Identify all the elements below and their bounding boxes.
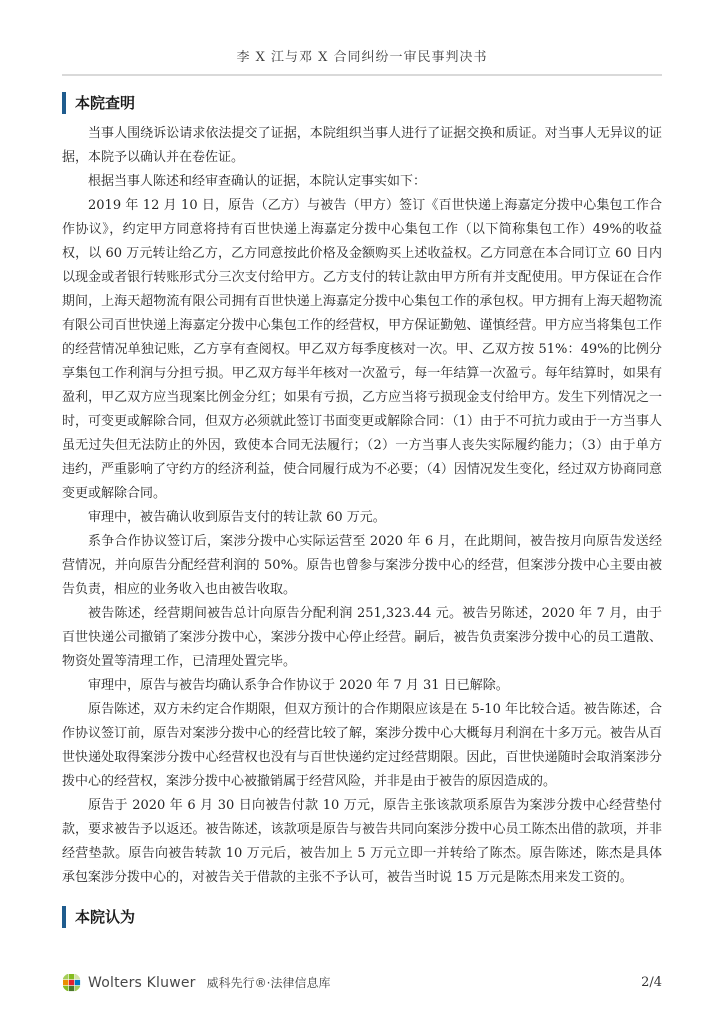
wolters-kluwer-logo-icon [62,973,81,992]
brand: Wolters Kluwer 威科先行®·法律信息库 [62,973,330,992]
paragraph: 2019 年 12 月 10 日，原告（乙方）与被告（甲方）签订《百世快递上海嘉… [62,194,662,506]
document-footer: Wolters Kluwer 威科先行®·法律信息库 2/4 [62,973,662,992]
paragraph: 审理中，原告与被告均确认系争合作协议于 2020 年 7 月 31 日已解除。 [62,674,662,698]
page-number: 2/4 [641,975,662,990]
paragraph: 原告陈述，双方未约定合作期限，但双方预计的合作期限应该是在 5-10 年比较合适… [62,698,662,794]
header-divider [62,74,662,76]
paragraph: 审理中，被告确认收到原告支付的转让款 60 万元。 [62,506,662,530]
section-heading: 本院查明 [62,92,662,114]
paragraph: 被告陈述，经营期间被告总计向原告分配利润 251,323.44 元。被告另陈述，… [62,602,662,674]
paragraph: 系争合作协议签订后，案涉分拨中心实际运营至 2020 年 6 月，在此期间，被告… [62,530,662,602]
document-title: 李 X 江与邓 X 合同纠纷一审民事判决书 [62,46,662,65]
section-body: 当事人围绕诉讼请求依法提交了证据，本院组织当事人进行了证据交换和质证。对当事人无… [62,122,662,890]
paragraph: 根据当事人陈述和经审查确认的证据，本院认定事实如下： [62,170,662,194]
paragraph: 原告于 2020 年 6 月 30 日向被告付款 10 万元，原告主张该款项系原… [62,794,662,890]
brand-cn-tagline: 威科先行®·法律信息库 [207,974,331,991]
brand-name: Wolters Kluwer [88,975,196,991]
section-court-findings: 本院查明 当事人围绕诉讼请求依法提交了证据，本院组织当事人进行了证据交换和质证。… [62,92,662,890]
document-page: 李 X 江与邓 X 合同纠纷一审民事判决书 本院查明 当事人围绕诉讼请求依法提交… [0,0,724,1024]
document-header: 李 X 江与邓 X 合同纠纷一审民事判决书 [62,46,662,76]
paragraph: 当事人围绕诉讼请求依法提交了证据，本院组织当事人进行了证据交换和质证。对当事人无… [62,122,662,170]
section-court-opinion: 本院认为 [62,906,662,928]
section-heading: 本院认为 [62,906,662,928]
